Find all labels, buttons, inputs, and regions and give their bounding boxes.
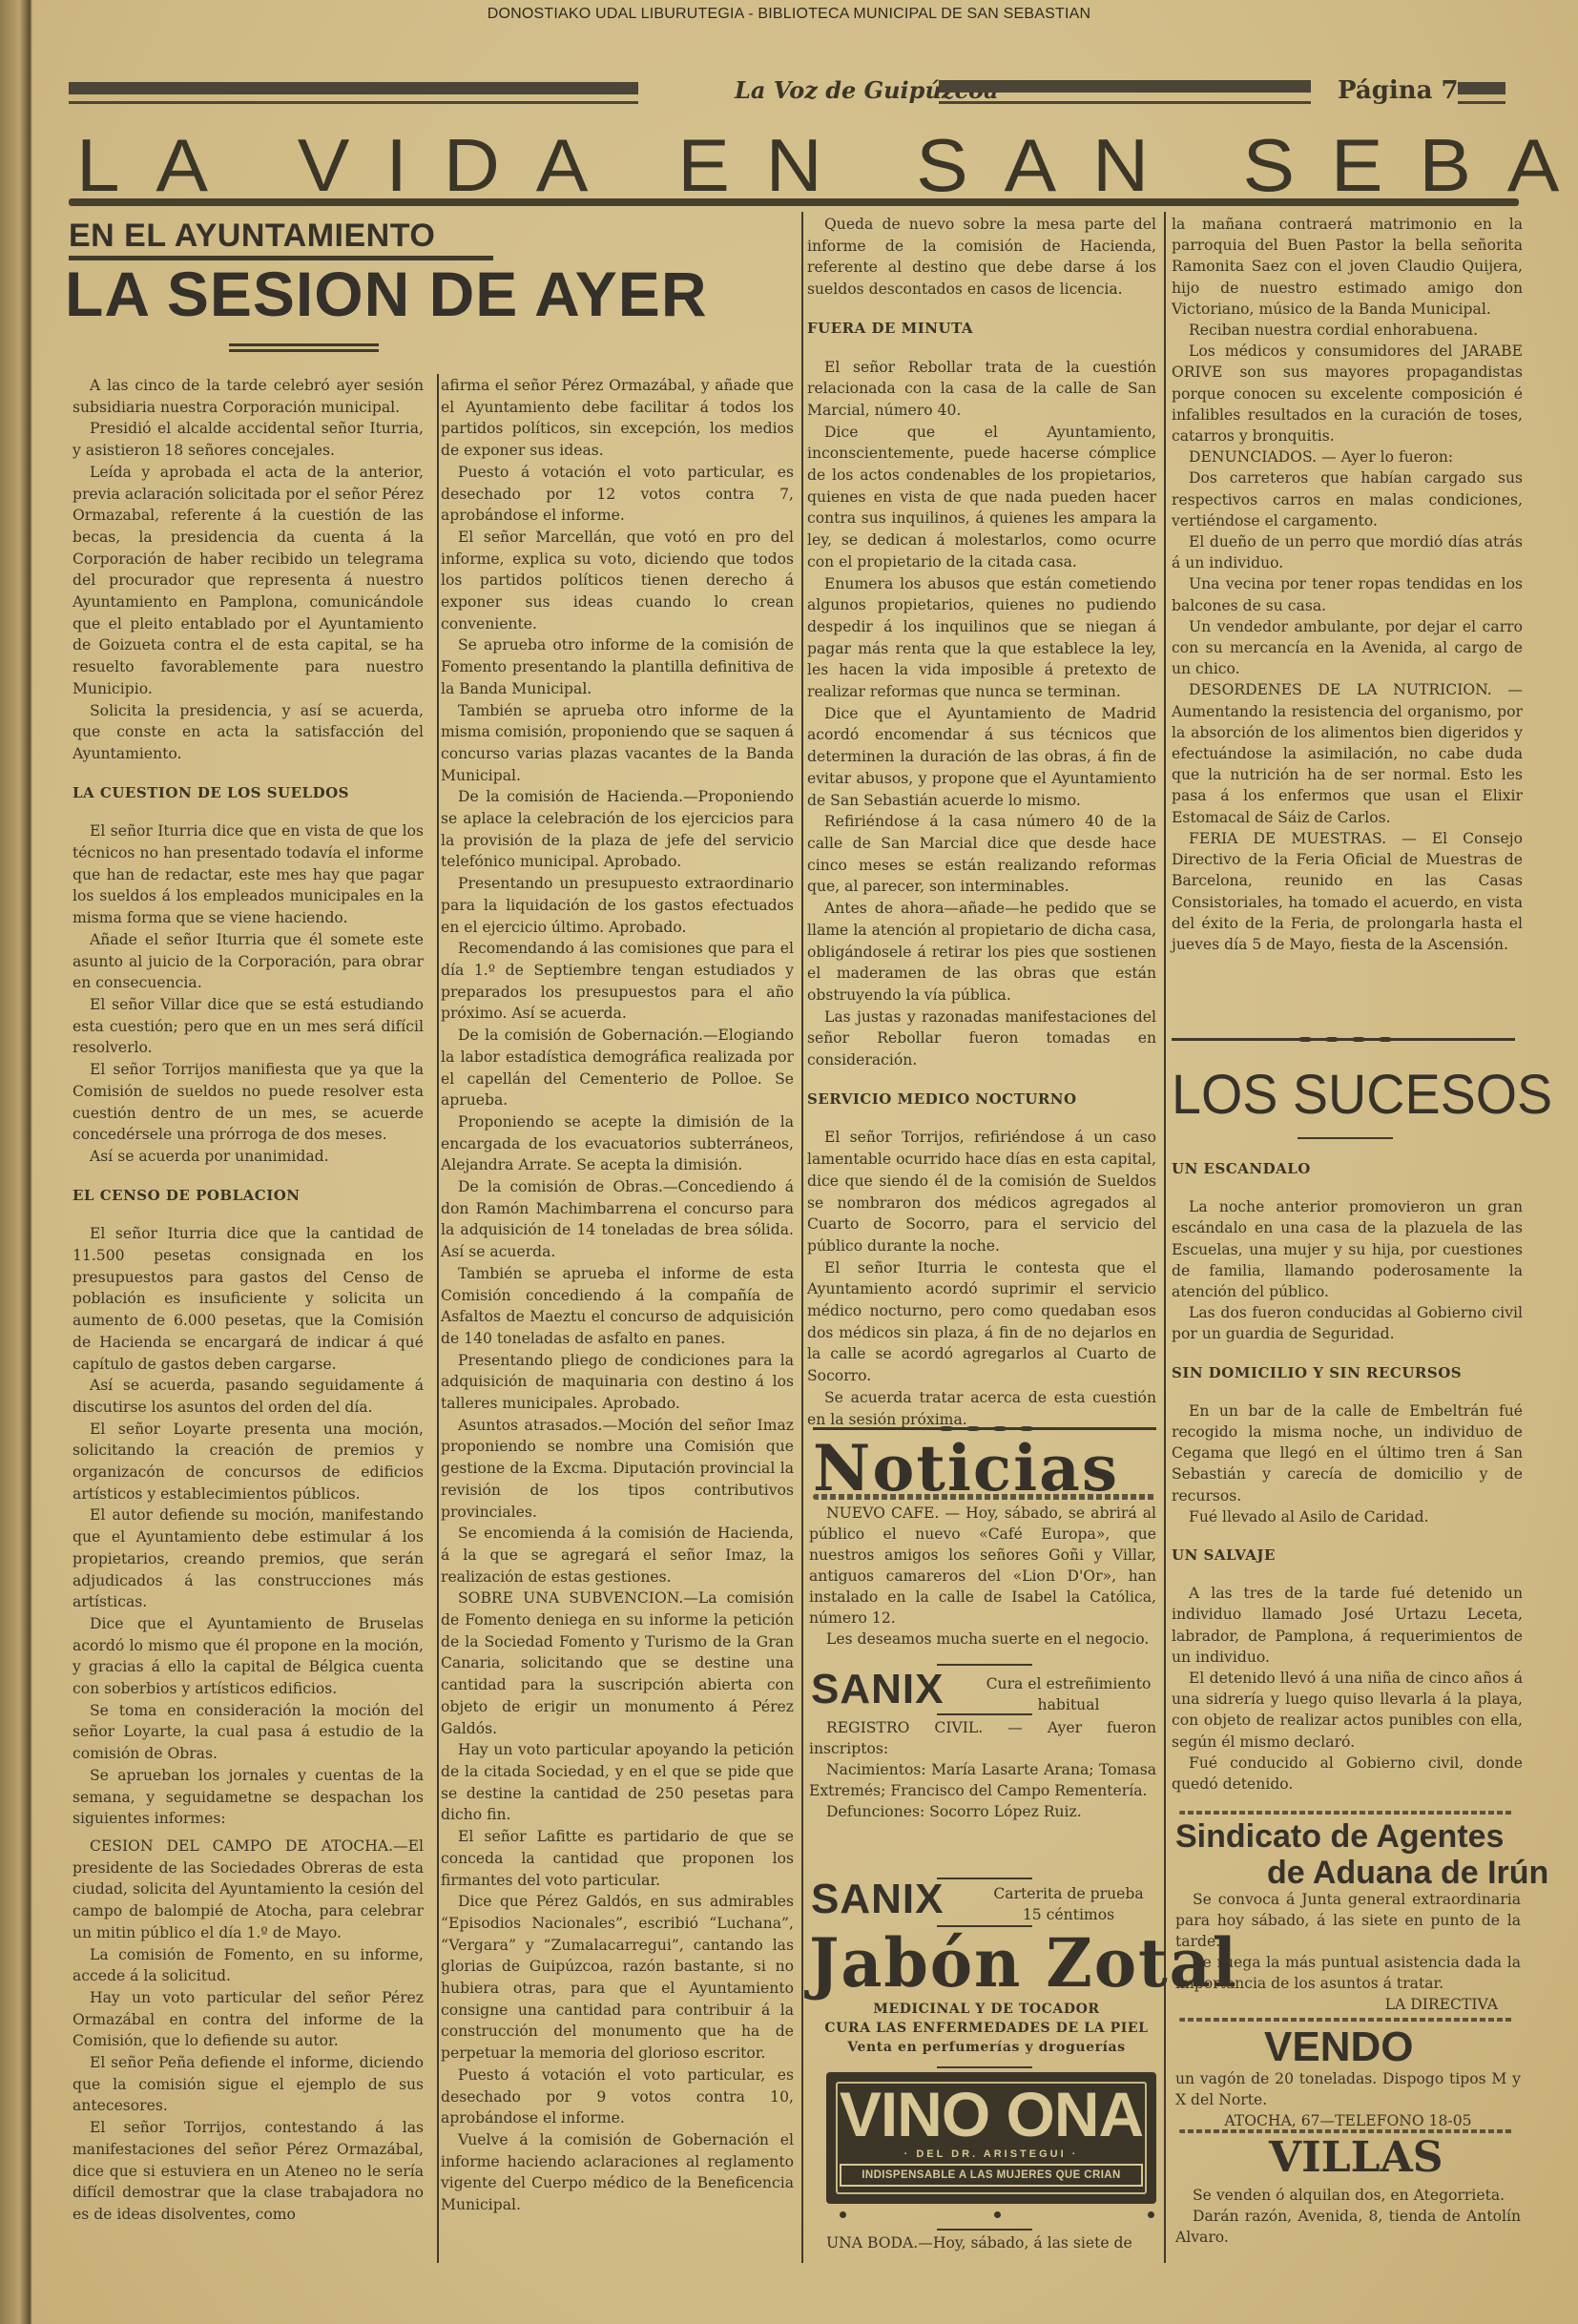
article-subheading: SERVICIO MEDICO NOCTURNO bbox=[807, 1089, 1156, 1110]
ornament-dots bbox=[840, 2211, 1154, 2218]
article-paragraph: Asuntos atrasados.—Moción del señor Imaz… bbox=[441, 1415, 794, 1524]
article-paragraph: El señor Torrijos, contestando á las man… bbox=[73, 2117, 424, 2226]
article-paragraph: Proponiendo se acepte la dimisión de la … bbox=[441, 1111, 794, 1176]
article-paragraph: También se aprueba otro informe de la mi… bbox=[441, 700, 794, 787]
article-paragraph: SOBRE UNA SUBVENCION.—La comisión de Fom… bbox=[441, 1587, 794, 1739]
suceso-paragraph: A las tres de la tarde fué detenido un i… bbox=[1172, 1583, 1523, 1668]
article-column-2: afirma el señor Pérez Ormazábal, y añade… bbox=[441, 375, 794, 2216]
registro-paragraph: REGISTRO CIVIL. — Ayer fueron inscriptos… bbox=[809, 1717, 1156, 1759]
column-rule bbox=[801, 212, 803, 2263]
section-title: LA VIDA EN SAN SEBASTIAN bbox=[76, 122, 1578, 209]
zotal-ad-copy: MEDICINAL Y DE TOCADOR CURA LAS ENFERMED… bbox=[809, 2000, 1164, 2057]
article-headline: LA SESION DE AYER bbox=[65, 258, 708, 330]
article-paragraph: El señor Lafitte es partidario de que se… bbox=[441, 1826, 794, 1891]
sanix-ad-1-tagline: Cura el estreñimiento habitual bbox=[973, 1673, 1164, 1715]
news-paragraph: la mañana contraerá matrimonio en la par… bbox=[1172, 214, 1523, 320]
article-paragraph: Presidió el alcalde accidental señor Itu… bbox=[73, 418, 424, 461]
article-paragraph: Se aprueban los jornales y cuentas de la… bbox=[73, 1765, 424, 1830]
villas-ad-body: Se venden ó alquilan dos, en Ategorrieta… bbox=[1175, 2185, 1521, 2248]
sindicato-ad-body: Se convoca á Junta general extraordinari… bbox=[1175, 1889, 1521, 2015]
article-paragraph: Se encomienda á la comisión de Hacienda,… bbox=[441, 1523, 794, 1587]
article-paragraph: Se aprueba otro informe de la comisión d… bbox=[441, 634, 794, 699]
article-subheading: EL CENSO DE POBLACION bbox=[73, 1185, 424, 1207]
suceso-paragraph: En un bar de la calle de Embeltrán fué r… bbox=[1172, 1401, 1523, 1506]
article-paragraph: Presentando un presupuesto extraordinari… bbox=[441, 873, 794, 938]
sanix-ad-2-brand: SANIX bbox=[811, 1876, 944, 1923]
sanix-ad-2-tagline: Carterita de prueba 15 céntimos bbox=[973, 1883, 1164, 1925]
news-paragraph: Reciban nuestra cordial enhorabuena. bbox=[1172, 320, 1523, 341]
news-paragraph: Un vendedor ambulante, por dejar el carr… bbox=[1172, 616, 1523, 680]
article-paragraph: El señor Rebollar trata de la cuestión r… bbox=[807, 357, 1156, 422]
article-paragraph: El señor Villar dice que se está estudia… bbox=[73, 994, 424, 1059]
sanix-ad-1-brand: SANIX bbox=[811, 1666, 944, 1713]
zotal-ad-brand: Jabón Zotal bbox=[809, 1923, 1238, 2002]
suceso-subheading: UN ESCANDALO bbox=[1172, 1158, 1523, 1179]
article-paragraph: Recomendando á las comisiones que para e… bbox=[441, 938, 794, 1025]
news-paragraph: Dos carreteros que habían cargado sus re… bbox=[1172, 467, 1523, 531]
suceso-paragraph: Fué conducido al Gobierno civil, donde q… bbox=[1172, 1753, 1523, 1795]
page-number: Página 7 bbox=[1338, 76, 1459, 105]
masthead: La Voz de Guipúzcoa Página 7 bbox=[69, 82, 1514, 107]
noticias-items: NUEVO CAFE. — Hoy, sábado, se abrirá al … bbox=[809, 1503, 1156, 1650]
article-paragraph: Dice que el Ayuntamiento de Bruselas aco… bbox=[73, 1613, 424, 1700]
ornament-divider bbox=[1172, 1038, 1515, 1041]
news-paragraph: FERIA DE MUESTRAS. — El Consejo Directiv… bbox=[1172, 828, 1523, 955]
vendo-ad-body: un vagón de 20 toneladas. Dispogo tipos … bbox=[1175, 2068, 1521, 2131]
registro-paragraph: Nacimientos: María Lasarte Arana; Tomasa… bbox=[809, 1759, 1156, 1801]
news-paragraph: Los médicos y consumidores del JARABE OR… bbox=[1172, 341, 1523, 446]
article-paragraph: El autor defiende su moción, manifestand… bbox=[73, 1504, 424, 1613]
article-subheading: FUERA DE MINUTA bbox=[807, 318, 1156, 340]
article-paragraph: El señor Loyarte presenta una moción, so… bbox=[73, 1419, 424, 1505]
boda-start: UNA BODA.—Hoy, sábado, á las siete de bbox=[809, 2232, 1156, 2253]
article-paragraph: Así se acuerda, pasando seguidamente á d… bbox=[73, 1375, 424, 1418]
article-paragraph: Se toma en consideración la moción del s… bbox=[73, 1700, 424, 1765]
article-paragraph: Dice que el Ayuntamiento de Madrid acord… bbox=[807, 703, 1156, 812]
column-4-news: la mañana contraerá matrimonio en la par… bbox=[1172, 214, 1523, 955]
article-paragraph: El señor Iturria dice que la cantidad de… bbox=[73, 1223, 424, 1375]
article-paragraph: Las justas y razonadas manifestaciones d… bbox=[807, 1006, 1156, 1071]
ornament-divider bbox=[813, 1427, 1156, 1430]
article-paragraph: Solicita la presidencia, y así se acuerd… bbox=[73, 700, 424, 765]
sucesos-column: UN ESCANDALOLa noche anterior promoviero… bbox=[1172, 1141, 1523, 1795]
article-paragraph: Hay un voto particular del señor Pérez O… bbox=[73, 1987, 424, 2052]
article-paragraph: El señor Marcellán, que votó en pro del … bbox=[441, 527, 794, 635]
article-paragraph: El señor Peña defiende el informe, dicie… bbox=[73, 2052, 424, 2117]
article-paragraph: Así se acuerda por unanimidad. bbox=[73, 1146, 424, 1168]
article-paragraph: afirma el señor Pérez Ormazábal, y añade… bbox=[441, 375, 794, 462]
news-paragraph: Una vecina por tener ropas tendidas en l… bbox=[1172, 573, 1523, 615]
article-paragraph: De la comisión de Gobernación.—Elogiando… bbox=[441, 1025, 794, 1111]
newspaper-page: DONOSTIAKO UDAL LIBURUTEGIA - BIBLIOTECA… bbox=[0, 0, 1578, 2324]
article-paragraph: Vuelve á la comisión de Gobernación el i… bbox=[441, 2129, 794, 2216]
vino-ad-brand: VINO ONA bbox=[826, 2078, 1156, 2150]
article-paragraph: Refiriéndose á la casa número 40 de la c… bbox=[807, 811, 1156, 898]
article-subheading: LA CUESTION DE LOS SUELDOS bbox=[73, 782, 424, 804]
article-paragraph: Leída y aprobada el acta de la anterior,… bbox=[73, 462, 424, 700]
news-paragraph: El dueño de un perro que mordió días atr… bbox=[1172, 531, 1523, 573]
vino-ona-ad: VINO ONA · DEL DR. ARISTEGUI · INDISPENS… bbox=[826, 2072, 1156, 2204]
article-paragraph: De la comisión de Obras.—Concediendo á d… bbox=[441, 1176, 794, 1263]
article-paragraph: Hay un voto particular apoyando la petic… bbox=[441, 1739, 794, 1826]
article-paragraph: El señor Iturria dice que en vista de qu… bbox=[73, 820, 424, 929]
suceso-paragraph: Las dos fueron conducidas al Gobierno ci… bbox=[1172, 1302, 1523, 1344]
registro-civil: REGISTRO CIVIL. — Ayer fueron inscriptos… bbox=[809, 1717, 1156, 1822]
suceso-subheading: UN SALVAJE bbox=[1172, 1545, 1523, 1566]
article-paragraph: Enumera los abusos que están cometiendo … bbox=[807, 573, 1156, 703]
registro-paragraph: Defunciones: Socorro López Ruiz. bbox=[809, 1801, 1156, 1822]
suceso-paragraph: La noche anterior promovieron un gran es… bbox=[1172, 1196, 1523, 1302]
article-paragraph: A las cinco de la tarde celebró ayer ses… bbox=[73, 375, 424, 418]
library-header: DONOSTIAKO UDAL LIBURUTEGIA - BIBLIOTECA… bbox=[0, 6, 1578, 23]
article-paragraph: También se aprueba el informe de esta Co… bbox=[441, 1263, 794, 1350]
article-paragraph: CESION DEL CAMPO DE ATOCHA.—El president… bbox=[73, 1836, 424, 1944]
article-paragraph: Dice que el Ayuntamiento, inconscienteme… bbox=[807, 422, 1156, 573]
section-rule bbox=[69, 198, 1519, 206]
page-spine bbox=[0, 0, 32, 2324]
vendo-ad-title: VENDO bbox=[1264, 2023, 1413, 2071]
villas-ad-title: VILLAS bbox=[1269, 2133, 1443, 2182]
column-rule bbox=[437, 374, 439, 2263]
article-paragraph: Añade el señor Iturria que él somete est… bbox=[73, 929, 424, 994]
article-paragraph: Presentando pliego de condiciones para l… bbox=[441, 1350, 794, 1415]
article-paragraph: Puesto á votación el voto particular, es… bbox=[441, 462, 794, 527]
article-paragraph: La comisión de Fomento, en su informe, a… bbox=[73, 1944, 424, 1987]
article-paragraph: Dice que Pérez Galdós, en sus admirables… bbox=[441, 1891, 794, 2065]
article-kicker: EN EL AYUNTAMIENTO bbox=[69, 218, 435, 255]
noticia-paragraph: Les deseamos mucha suerte en el negocio. bbox=[809, 1629, 1156, 1650]
news-paragraph: DESORDENES DE LA NUTRICION. — Aumentando… bbox=[1172, 679, 1523, 827]
article-paragraph: El señor Iturria le contesta que el Ayun… bbox=[807, 1257, 1156, 1387]
article-paragraph: Queda de nuevo sobre la mesa parte del i… bbox=[807, 214, 1156, 301]
sucesos-title: LOS SUCESOS bbox=[1172, 1063, 1552, 1127]
sindicato-signature: LA DIRECTIVA bbox=[1175, 1994, 1521, 2015]
article-paragraph: El señor Torrijos, refiriéndose á un cas… bbox=[807, 1127, 1156, 1256]
article-paragraph: El señor Torrijos manifiesta que ya que … bbox=[73, 1059, 424, 1146]
sindicato-ad-title: Sindicato de Agentes de Aduana de Irún bbox=[1175, 1818, 1548, 1891]
article-column-1: A las cinco de la tarde celebró ayer ses… bbox=[73, 375, 424, 2226]
suceso-subheading: SIN DOMICILIO Y SIN RECURSOS bbox=[1172, 1362, 1523, 1383]
suceso-paragraph: Fué llevado al Asilo de Caridad. bbox=[1172, 1506, 1523, 1527]
suceso-paragraph: El detenido llevó á una niña de cinco añ… bbox=[1172, 1668, 1523, 1753]
article-column-3: Queda de nuevo sobre la mesa parte del i… bbox=[807, 214, 1156, 1430]
news-paragraph: DENUNCIADOS. — Ayer lo fueron: bbox=[1172, 446, 1523, 467]
noticia-paragraph: NUEVO CAFE. — Hoy, sábado, se abrirá al … bbox=[809, 1503, 1156, 1629]
article-paragraph: De la comisión de Hacienda.—Proponiendo … bbox=[441, 786, 794, 873]
article-paragraph: Antes de ahora—añade—he pedido que se ll… bbox=[807, 898, 1156, 1006]
article-paragraph: Puesto á votación el voto particular, es… bbox=[441, 2065, 794, 2129]
